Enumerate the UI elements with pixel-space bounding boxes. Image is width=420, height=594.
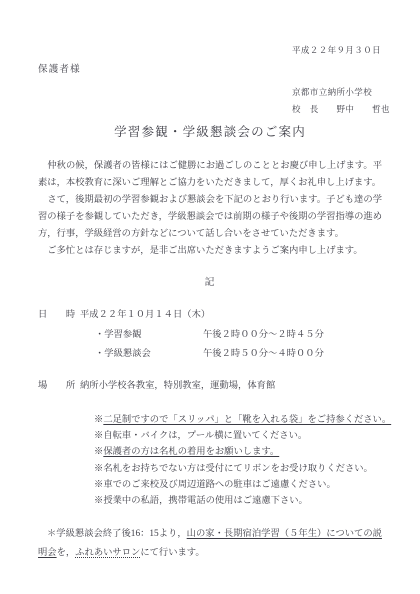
note-text: 二足制ですので「スリッパ」と「靴を入れる袋」をご持参ください。: [103, 415, 391, 425]
note-item: ※自転車・バイクは，プール横に置いてください。: [94, 428, 382, 444]
record-marker: 記: [38, 276, 382, 290]
note-text: 名札をお持ちでない方は受付にてリボンをお受け取りください。: [103, 464, 373, 474]
school-notice-document: 平成２２年９月３０日 保護者様 京都市立納所小学校 校 長 野中 哲也 学習参観…: [0, 0, 420, 594]
sender-school: 京都市立納所小学校: [292, 86, 382, 98]
body-paragraph: 仲秋の候，保護者の皆様にはご健勝にお過ごしのこととお慶び申し上げます。平素は，本…: [38, 158, 382, 192]
place-row: 場 所 納所小学校各教室，特別教室，運動場，体育館: [38, 379, 382, 395]
place-value: 納所小学校各教室，特別教室，運動場，体育館: [80, 379, 275, 395]
footer-middle: を，: [57, 548, 76, 558]
schedule-date: 平成２２年１０月１４日（木）: [80, 308, 210, 324]
note-item: ※保護者の方は名札の着用をお願いします。: [94, 444, 382, 460]
note-item: ※二足制ですので「スリッパ」と「靴を入れる袋」をご持参ください。: [94, 412, 382, 428]
schedule-item-time: 午後２時５０分～４時００分: [203, 347, 324, 363]
place-label: 場 所: [38, 379, 80, 395]
schedule-item: ・学級懇談会 午後２時５０分～４時００分: [95, 347, 382, 363]
schedule-item-name: ・学級懇談会: [95, 347, 203, 363]
document-title: 学習参観・学級懇談会のご案内: [38, 123, 382, 142]
body-paragraph: さて，後期最初の学習参観および懇談会を下記のとおり行います。子ども達の学習の様子…: [38, 192, 382, 243]
note-item: ※車でのご来校及び周辺道路への駐車はご遠慮ください。: [94, 477, 382, 493]
note-text: 保護者の方は名札の着用をお願いします。: [103, 447, 279, 457]
note-item: ※名札をお持ちでない方は受付にてリボンをお受け取りください。: [94, 461, 382, 477]
note-marker: ※: [94, 496, 103, 506]
note-item: ※授業中の私語，携帯電話の使用はご遠慮下さい。: [94, 493, 382, 509]
body-paragraph: ご多忙とは存じますが，是非ご出席いただきますようご案内申し上げます。: [38, 243, 382, 260]
note-text: 授業中の私語，携帯電話の使用はご遠慮下さい。: [103, 496, 308, 506]
schedule-item: ・学習参観 午後２時００分～２時４５分: [95, 328, 382, 344]
schedule-label: 日 時: [38, 308, 80, 324]
sender-principal: 校 長 野中 哲也: [292, 103, 382, 115]
footer-venue: ふれあいサロン: [75, 548, 140, 558]
schedule-item-time: 午後２時００分～２時４５分: [203, 328, 324, 344]
note-text: 車でのご来校及び周辺道路への駐車はご遠慮ください。: [103, 480, 335, 490]
note-text: 自転車・バイクは，プール横に置いてください。: [103, 431, 307, 441]
note-marker: ※: [94, 447, 103, 457]
notes-list: ※二足制ですので「スリッパ」と「靴を入れる袋」をご持参ください。 ※自転車・バイ…: [94, 412, 382, 509]
recipient-line: 保護者様: [38, 64, 382, 77]
note-marker: ※: [94, 464, 103, 474]
issue-date: 平成２２年９月３０日: [292, 44, 382, 56]
body-text: 仲秋の候，保護者の皆様にはご健勝にお過ごしのこととお慶び申し上げます。平素は，本…: [38, 158, 382, 260]
note-marker: ※: [94, 431, 103, 441]
schedule-row: 日 時 平成２２年１０月１４日（木）: [38, 308, 382, 324]
schedule-item-name: ・学習参観: [95, 328, 203, 344]
note-marker: ※: [94, 480, 103, 490]
footer-prefix: ＊学級懇談会終了後16：15より，: [47, 529, 187, 539]
footer-note: ＊学級懇談会終了後16：15より，山の家・長期宿泊学習（５年生）についての説明会…: [38, 525, 382, 563]
note-marker: ※: [94, 415, 103, 425]
footer-suffix: にて行います。: [140, 548, 204, 558]
